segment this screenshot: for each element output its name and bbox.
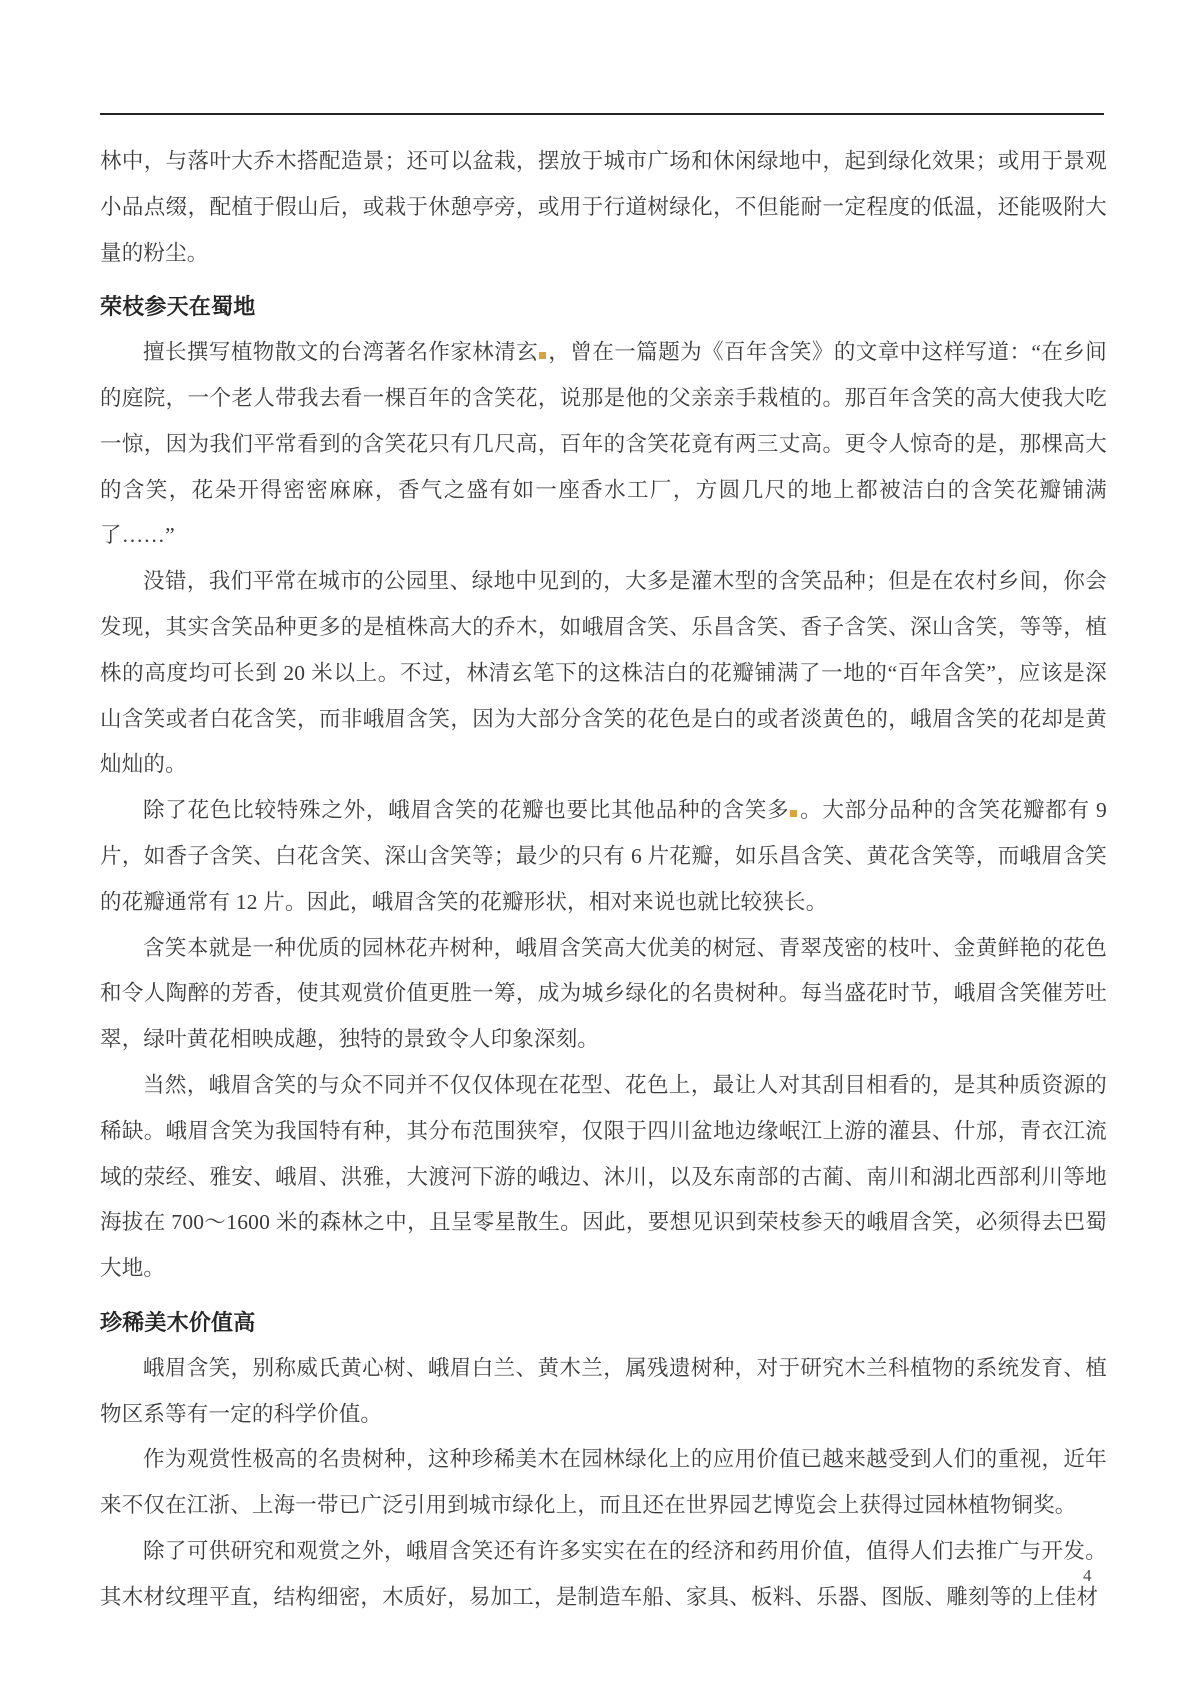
header-rule — [100, 113, 1104, 115]
paragraph-text: ，曾在一篇题为《百年含笑》的文章中这样写道：“在乡间的庭院，一个老人带我去看一棵… — [100, 340, 1107, 547]
body-paragraph: 除了可供研究和观赏之外，峨眉含笑还有许多实实在在的经济和药用价值，值得人们去推广… — [100, 1529, 1107, 1621]
body-paragraph: 没错，我们平常在城市的公园里、绿地中见到的，大多是灌木型的含笑品种；但是在农村乡… — [100, 559, 1107, 788]
body-paragraph: 林中，与落叶大乔木搭配造景；还可以盆栽，摆放于城市广场和休闲绿地中，起到绿化效果… — [100, 139, 1107, 276]
annotation-marker-icon — [790, 810, 797, 817]
body-paragraph: 含笑本就是一种优质的园林花卉树种，峨眉含笑高大优美的树冠、青翠茂密的枝叶、金黄鲜… — [100, 926, 1107, 1063]
section-heading: 荣枝参天在蜀地 — [100, 284, 1107, 330]
paragraph-text: 擅长撰写植物散文的台湾著名作家林清玄 — [143, 340, 538, 364]
annotation-marker-icon — [539, 352, 546, 359]
section-heading: 珍稀美木价值高 — [100, 1300, 1107, 1346]
document-page: 林中，与落叶大乔木搭配造景；还可以盆栽，摆放于城市广场和休闲绿地中，起到绿化效果… — [0, 0, 1200, 1698]
page-number: 4 — [1083, 1566, 1092, 1586]
article: 林中，与落叶大乔木搭配造景；还可以盆栽，摆放于城市广场和休闲绿地中，起到绿化效果… — [100, 139, 1107, 1621]
body-paragraph: 擅长撰写植物散文的台湾著名作家林清玄，曾在一篇题为《百年含笑》的文章中这样写道：… — [100, 330, 1107, 559]
body-paragraph: 峨眉含笑，别称威氏黄心树、峨眉白兰、黄木兰，属残遗树种，对于研究木兰科植物的系统… — [100, 1346, 1107, 1438]
body-paragraph: 当然，峨眉含笑的与众不同并不仅仅体现在花型、花色上，最让人对其刮目相看的，是其种… — [100, 1063, 1107, 1292]
paragraph-text: 除了花色比较特殊之外，峨眉含笑的花瓣也要比其他品种的含笑多 — [143, 798, 789, 822]
body-paragraph: 作为观赏性极高的名贵树种，这种珍稀美木在园林绿化上的应用价值已越来越受到人们的重… — [100, 1437, 1107, 1529]
body-paragraph: 除了花色比较特殊之外，峨眉含笑的花瓣也要比其他品种的含笑多。大部分品种的含笑花瓣… — [100, 788, 1107, 925]
